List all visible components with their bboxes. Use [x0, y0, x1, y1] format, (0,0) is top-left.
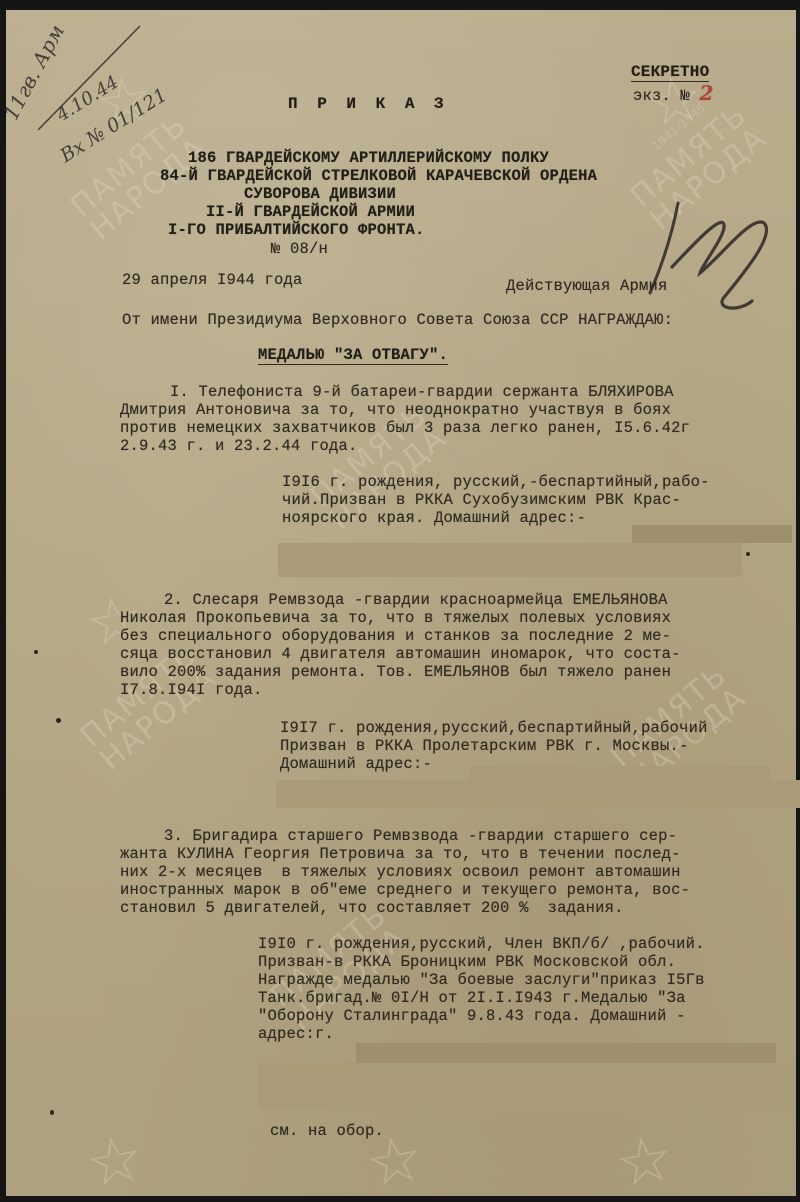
entry-text-line: I. Телефониста 9-й батареи-гвардии сержа… [170, 384, 674, 401]
watermark-star-icon: ☆ [611, 1126, 679, 1199]
entry-text-line: без специального оборудования и станков … [120, 628, 671, 645]
paper-speck [56, 718, 61, 723]
entry-text-line: 2.9.43 г. и 23.2.44 года. [120, 438, 358, 455]
order-date: 29 апреля I944 года [122, 272, 303, 289]
entry-text-line: вило 200% задания ремонта. Тов. ЕМЕЛЬЯНО… [120, 664, 671, 681]
entry-bio-line: I9I0 г. рождения,русский, Член ВКП/б/ ,р… [258, 936, 705, 953]
entry-bio-line: Танк.бригад.№ 0I/Н от 2I.I.I943 г.Медаль… [258, 990, 686, 1007]
entry-text-line: против немецких захватчиков был 3 раза л… [120, 420, 690, 437]
entry-text-line: 3. Бригадира старшего Ремвзвода -гвардии… [164, 828, 677, 845]
paper-speck [50, 1110, 54, 1115]
entry-text-line: становил 5 двигателей, что составляет 20… [120, 900, 624, 917]
entry-text-line: I7.8.I94I года. [120, 682, 263, 699]
header-line: СУВОРОВА ДИВИЗИИ [244, 186, 396, 203]
header-line: 186 ГВАРДЕЙСКОМУ АРТИЛЛЕРИЙСКОМУ ПОЛКУ [188, 150, 549, 167]
redacted-address [356, 1043, 776, 1063]
entry-text-line: иностранных марок в об"еме среднего и те… [120, 882, 690, 899]
entry-text-line: сяца восстановил 4 двигателя автомашин и… [120, 646, 681, 663]
order-location: Действующая Армия [506, 278, 668, 295]
reverse-side-note: см. на обор. [270, 1123, 384, 1140]
watermark-star-icon: ☆ [81, 1126, 149, 1199]
entry-bio-line: I9I7 г. рождения,русский,беспартийный,ра… [280, 720, 708, 737]
paper-speck [746, 552, 750, 556]
redacted-address [632, 525, 792, 543]
entry-text-line: жанта КУЛИНА Георгия Петровича за то, чт… [120, 846, 681, 863]
header-line: 84-Й ГВАРДЕЙСКОЙ СТРЕЛКОВОЙ КАРАЧЕВСКОЙ … [160, 168, 597, 185]
entry-text-line: Николая Прокопьевича за то, что в тяжелы… [120, 610, 671, 627]
redacted-address [470, 766, 770, 780]
award-name: МЕДАЛЬЮ "ЗА ОТВАГУ". [258, 347, 448, 365]
header-line: II-Й ГВАРДЕЙСКОЙ АРМИИ [206, 204, 415, 221]
entry-text-line: 2. Слесаря Ремвзода -гвардии красноармей… [164, 592, 668, 609]
order-number: № 08/н [271, 241, 328, 258]
entry-bio-line: чий.Призван в РККА Сухобузимским РВК Кра… [282, 492, 681, 509]
entry-bio-line: Домашний адрес:- [280, 756, 432, 773]
handwritten-signature-mark [642, 195, 782, 315]
entry-bio-line: ноярского края. Домашний адрес:- [282, 510, 586, 527]
copy-number-label: экз. № 2 [633, 85, 714, 105]
redacted-address [276, 780, 800, 808]
entry-text-line: них 2-х месяцев в тяжелых условиях освои… [120, 864, 681, 881]
paper-speck [34, 650, 38, 654]
entry-bio-line: Призван-в РККА Броницким РВК Московской … [258, 954, 676, 971]
entry-bio-line: Призван в РККА Пролетарским РВК г. Москв… [280, 738, 689, 755]
document-title: П Р И К А З [288, 96, 449, 113]
header-line: I-ГО ПРИБАЛТИЙСКОГО ФРОНТА. [168, 222, 425, 239]
entry-bio-line: I9I6 г. рождения, русский,-беспартийный,… [282, 474, 710, 491]
redacted-address [278, 543, 742, 577]
entry-bio-line: адрес:г. [258, 1026, 334, 1043]
entry-bio-line: Награжде медалью "За боевые заслуги"прик… [258, 972, 705, 989]
entry-bio-line: "Оборону Сталинграда" 9.8.43 года. Домаш… [258, 1008, 686, 1025]
redacted-address [258, 1063, 793, 1109]
secrecy-stamp: СЕКРЕТНО [631, 64, 709, 82]
preamble: От имени Президиума Верховного Совета Со… [122, 312, 673, 329]
document-page: ☆ ПАМЯТЬ НАРОДА ☆ 1941-1945 ПАМЯТЬ НАРОД… [6, 10, 796, 1196]
entry-text-line: Дмитрия Антоновича за то, что неоднократ… [120, 402, 671, 419]
copy-number: 2 [700, 81, 714, 105]
